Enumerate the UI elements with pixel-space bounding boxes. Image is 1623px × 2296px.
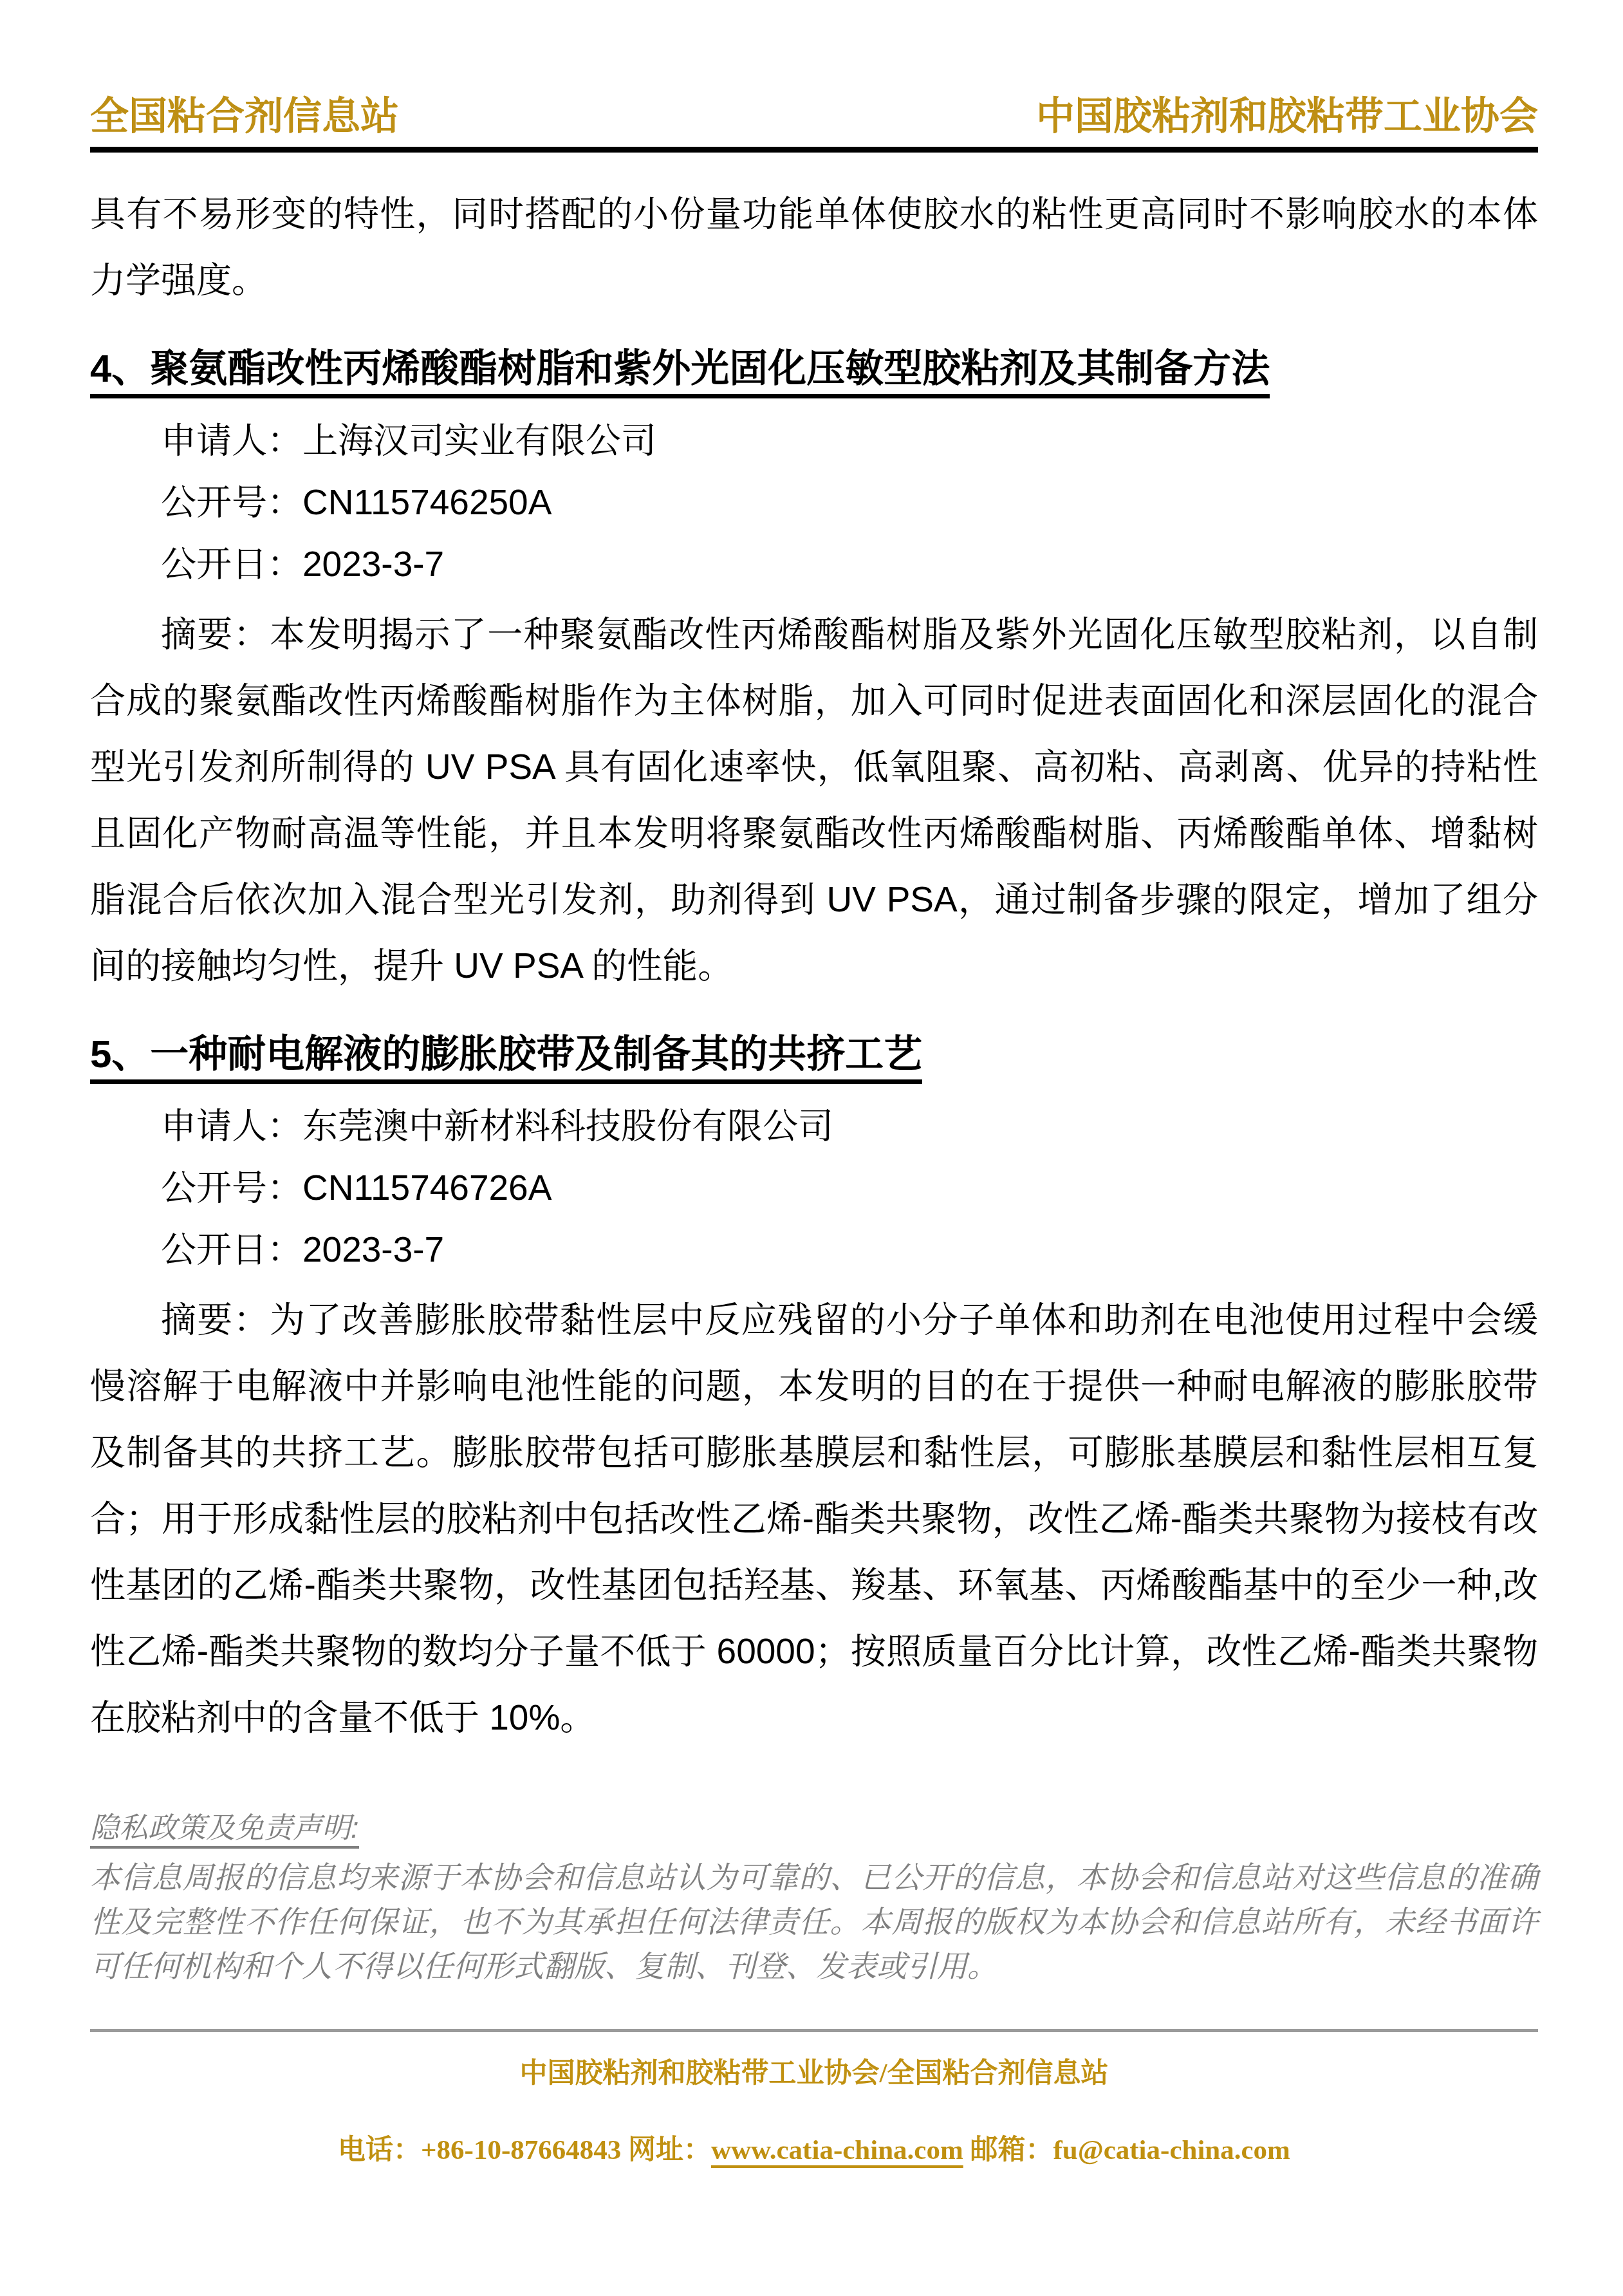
page-footer: 中国胶粘剂和胶粘带工业协会/全国粘合剂信息站 电话：+86-10-8766484… (90, 2029, 1538, 2167)
applicant-label: 申请人： (161, 1106, 302, 1146)
phone-number: +86-10-87664843 (421, 2135, 628, 2165)
patent-5-abstract: 摘要：为了改善膨胀胶带黏性层中反应残留的小分子单体和助剂在电池使用过程中会缓慢溶… (90, 1287, 1538, 1751)
pub-date-label: 公开日： (161, 1229, 302, 1269)
email-address: fu@catia-china.com (1053, 2135, 1290, 2165)
patent-4-title: 4、聚氨酯改性丙烯酸酯树脂和紫外光固化压敏型胶粘剂及其制备方法 (90, 344, 1538, 393)
disclaimer-text: 本信息周报的信息均来源于本协会和信息站认为可靠的、已公开的信息，本协会和信息站对… (90, 1855, 1538, 1988)
applicant-row: 申请人：东莞澳中新材料科技股份有限公司 (161, 1095, 1538, 1157)
disclaimer-heading: 隐私政策及免责声明: (90, 1810, 359, 1849)
applicant-label: 申请人： (161, 420, 302, 460)
footer-org-line: 中国胶粘剂和胶粘带工业协会/全国粘合剂信息站 (90, 2051, 1538, 2091)
patent-4-abstract: 摘要：本发明揭示了一种聚氨酯改性丙烯酸酯树脂及紫外光固化压敏型胶粘剂，以自制合成… (90, 601, 1538, 999)
pub-number-value: CN115746726A (302, 1168, 552, 1208)
patent-section-4: 4、聚氨酯改性丙烯酸酯树脂和紫外光固化压敏型胶粘剂及其制备方法 申请人：上海汉司… (90, 344, 1538, 999)
pub-date-row: 公开日：2023-3-7 (161, 533, 1538, 595)
abstract-text: 为了改善膨胀胶带黏性层中反应残留的小分子单体和助剂在电池使用过程中会缓慢溶解于电… (90, 1300, 1538, 1737)
pub-date-value: 2023-3-7 (302, 1229, 444, 1269)
applicant-value: 东莞澳中新材料科技股份有限公司 (302, 1106, 833, 1146)
email-label: 邮箱： (963, 2135, 1053, 2165)
abstract-label: 摘要： (161, 1300, 270, 1339)
patent-5-meta: 申请人：东莞澳中新材料科技股份有限公司 公开号：CN115746726A 公开日… (90, 1095, 1538, 1280)
abstract-text: 本发明揭示了一种聚氨酯改性丙烯酸酯树脂及紫外光固化压敏型胶粘剂，以自制合成的聚氨… (90, 614, 1538, 985)
footer-contact-line: 电话：+86-10-87664843 网址：www.catia-china.co… (90, 2128, 1538, 2167)
website-label: 网址： (628, 2135, 711, 2165)
patent-5-title: 5、一种耐电解液的膨胀胶带及制备其的共挤工艺 (90, 1030, 1538, 1078)
pub-number-value: CN115746250A (302, 482, 552, 522)
intro-paragraph: 具有不易形变的特性，同时搭配的小份量功能单体使胶水的粘性更高同时不影响胶水的本体… (90, 181, 1538, 313)
pub-date-value: 2023-3-7 (302, 544, 444, 584)
pub-date-row: 公开日：2023-3-7 (161, 1218, 1538, 1280)
header-right-title: 中国胶粘剂和胶粘带工业协会 (1036, 95, 1538, 138)
phone-label: 电话： (338, 2135, 421, 2165)
disclaimer-block: 隐私政策及免责声明: 本信息周报的信息均来源于本协会和信息站认为可靠的、已公开的… (90, 1810, 1538, 1988)
page-header: 全国粘合剂信息站 中国胶粘剂和胶粘带工业协会 (90, 95, 1538, 138)
newsletter-page: 全国粘合剂信息站 中国胶粘剂和胶粘带工业协会 具有不易形变的特性，同时搭配的小份… (0, 0, 1623, 2296)
applicant-value: 上海汉司实业有限公司 (302, 420, 656, 460)
abstract-label: 摘要： (161, 614, 270, 654)
website-link[interactable]: www.catia-china.com (711, 2135, 963, 2165)
pub-number-label: 公开号： (161, 482, 302, 522)
pub-number-row: 公开号：CN115746726A (161, 1157, 1538, 1218)
header-rule (90, 147, 1538, 153)
pub-date-label: 公开日： (161, 544, 302, 584)
footer-rule (90, 2029, 1538, 2032)
pub-number-row: 公开号：CN115746250A (161, 471, 1538, 533)
patent-4-meta: 申请人：上海汉司实业有限公司 公开号：CN115746250A 公开日：2023… (90, 409, 1538, 595)
pub-number-label: 公开号： (161, 1168, 302, 1208)
applicant-row: 申请人：上海汉司实业有限公司 (161, 409, 1538, 471)
header-left-title: 全国粘合剂信息站 (90, 95, 399, 138)
patent-section-5: 5、一种耐电解液的膨胀胶带及制备其的共挤工艺 申请人：东莞澳中新材料科技股份有限… (90, 1030, 1538, 1751)
